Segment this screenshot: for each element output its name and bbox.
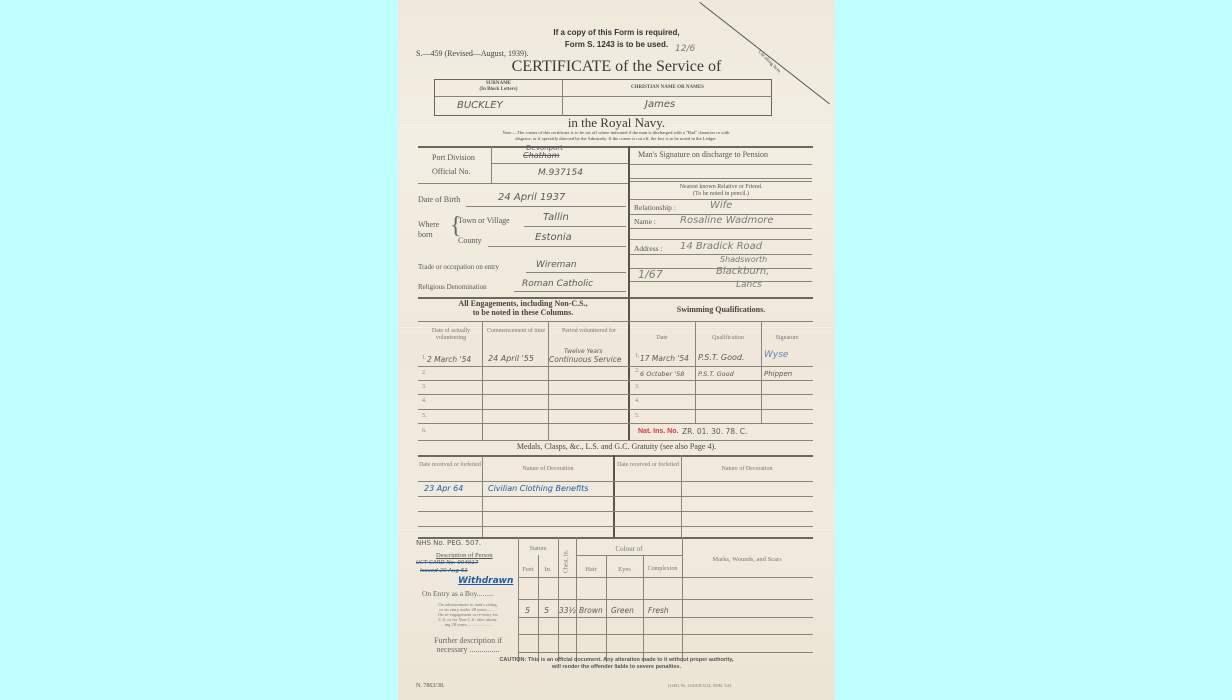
nat-ins-value: ZR. 01. 30. 78. C.	[682, 427, 747, 436]
marks-label: Marks, Wounds, and Scars	[682, 556, 812, 563]
swimming-heading: Swimming Qualifications.	[630, 305, 812, 314]
struck-note-2: Issued 20 Aug 61	[420, 568, 468, 574]
relationship-label: Relationship :	[634, 203, 676, 212]
row-further-description: Further description if necessary .......…	[418, 636, 518, 654]
trade-value: Wireman	[536, 260, 577, 270]
eyes-value: Green	[611, 606, 634, 615]
relative-name-value: Rosaline Wadmore	[680, 215, 774, 226]
eng-row-1-commencement: 24 April '55	[488, 354, 534, 363]
struck-note-1: UCT CARD No. 004017	[416, 560, 478, 566]
eyes-label: Eyes	[606, 566, 643, 573]
medal-row-1-date: 23 Apr 64	[424, 484, 463, 493]
swim-col-signature: Signature	[762, 335, 812, 342]
swim-row-2-signature: Phippen	[764, 370, 792, 378]
engagements-heading: All Engagements, including Non-C.S., to …	[418, 299, 628, 317]
address-label: Address :	[634, 244, 663, 253]
pension-signature-label: Man's Signature on discharge to Pension	[638, 150, 768, 159]
swim-row-2-date: 6 October '58	[640, 370, 684, 378]
footer-left: N. 7863/38.	[416, 683, 445, 689]
relationship-value: Wife	[710, 200, 732, 211]
christian-name-label: CHRISTIAN NAME OR NAMES	[563, 85, 772, 90]
date-of-birth-value: 24 April 1937	[498, 192, 565, 203]
christian-name-value: James	[645, 99, 675, 110]
service-certificate: If a copy of this Form is required, Form…	[398, 0, 835, 700]
relative-name-label: Name :	[634, 217, 656, 226]
footer-right: (3148). Wt. 31304/D.3134. 300M. 3/44	[668, 683, 731, 688]
surname-label: SURNAME	[435, 81, 562, 86]
surname-sublabel: (In Block Letters)	[435, 87, 562, 92]
caution-notice: CAUTION: This is an official document. A…	[398, 657, 835, 671]
copy-note-1: If a copy of this Form is required,	[398, 28, 835, 37]
swim-row-1-qualification: P.S.T. Good.	[698, 353, 745, 362]
stature-label: Stature	[518, 546, 558, 553]
eng-col-date: Date of actually volunteering	[420, 328, 482, 342]
swim-col-qualification: Qualification	[696, 335, 760, 342]
withdrawn-note: Withdrawn	[458, 576, 513, 586]
hair-label: Hair	[576, 566, 606, 573]
town-value: Tallin	[543, 212, 569, 223]
official-no-value: M.937154	[538, 168, 583, 178]
medal-row-1-nature: Civilian Clothing Benefits	[488, 484, 588, 493]
address-line-1: 14 Bradick Road	[680, 241, 762, 252]
price-mark: 12/6	[675, 44, 695, 54]
eng-row-1-date: 2 March '54	[427, 355, 471, 364]
copy-note-2: Form S. 1243 is to be used.	[398, 40, 835, 49]
row-entry-as-boy: On Entry as a Boy.........	[422, 589, 494, 598]
complexion-value: Fresh	[648, 606, 669, 615]
hair-value: Brown	[579, 606, 603, 615]
medals-heading: Medals, Clasps, &c., L.S. and G.C. Gratu…	[398, 442, 835, 451]
county-value: Estonia	[535, 232, 572, 243]
swim-row-2-qualification: P.S.T. Good	[698, 370, 734, 378]
county-label: County	[458, 236, 482, 245]
stature-inches-value: 5	[544, 606, 549, 615]
medal-col-nature-1: Nature of Decoration	[484, 466, 612, 473]
swim-row-1-signature: Wyse	[764, 350, 788, 360]
colour-of-label: Colour of	[576, 546, 682, 553]
eng-col-period: Period volunteered for	[550, 328, 628, 335]
swim-row-1-date: 17 March '54	[640, 354, 689, 363]
port-division-struck: Chatham	[523, 151, 559, 160]
eng-row-1-period-top: Twelve Years	[564, 348, 603, 355]
medal-col-date-1: Date received or forfeited	[418, 462, 482, 469]
surname-value: BUCKLEY	[457, 100, 503, 111]
swim-col-date: Date	[630, 335, 694, 342]
royal-navy-subtitle: in the Royal Navy.	[398, 115, 835, 131]
religion-value: Roman Catholic	[522, 279, 593, 289]
cut-corner-note: Note.—The corner of this certificate is …	[406, 130, 826, 142]
description-heading: Description of Person	[436, 552, 493, 559]
religion-label: Religious Denomination	[418, 283, 487, 291]
fold-crease	[398, 528, 835, 531]
complexion-label: Complexion	[643, 566, 682, 573]
medal-col-date-2: Date received or forfeited	[614, 462, 682, 469]
feet-label: Feet	[518, 566, 538, 573]
nhs-note: NHS No. PEG. 507.	[416, 539, 481, 547]
name-box: SURNAME (In Block Letters) CHRISTIAN NAM…	[434, 79, 772, 116]
where-born-label: Where born	[418, 220, 446, 240]
stature-feet-value: 5	[525, 606, 530, 615]
official-no-label: Official No.	[432, 167, 471, 176]
inches-label: In.	[538, 566, 558, 573]
medal-col-nature-2: Nature of Decoration	[682, 466, 812, 473]
port-division-label: Port Division	[432, 153, 475, 162]
eng-row-1-period: Continuous Service	[549, 355, 621, 364]
chest-label: Chest, In.	[564, 549, 571, 575]
date-of-birth-label: Date of Birth	[418, 195, 460, 204]
row-advancement: On advancement to man's rating, or on en…	[418, 602, 518, 627]
column-divider	[628, 146, 630, 298]
nat-ins-label: Nat. Ins. No.	[638, 428, 678, 435]
relative-heading: Nearest known Relative or Friend. (To be…	[630, 184, 812, 198]
margin-note: 1/67	[638, 268, 663, 281]
trade-label: Trade or occupation on entry	[418, 263, 499, 271]
eng-col-commencement: Commencement of time	[484, 328, 548, 335]
form-number: S.—459 (Revised—August, 1939).	[416, 49, 529, 58]
town-label: Town or Village	[458, 216, 510, 225]
chest-value: 33½	[559, 606, 576, 615]
address-line-2: Shadsworth	[720, 255, 767, 264]
